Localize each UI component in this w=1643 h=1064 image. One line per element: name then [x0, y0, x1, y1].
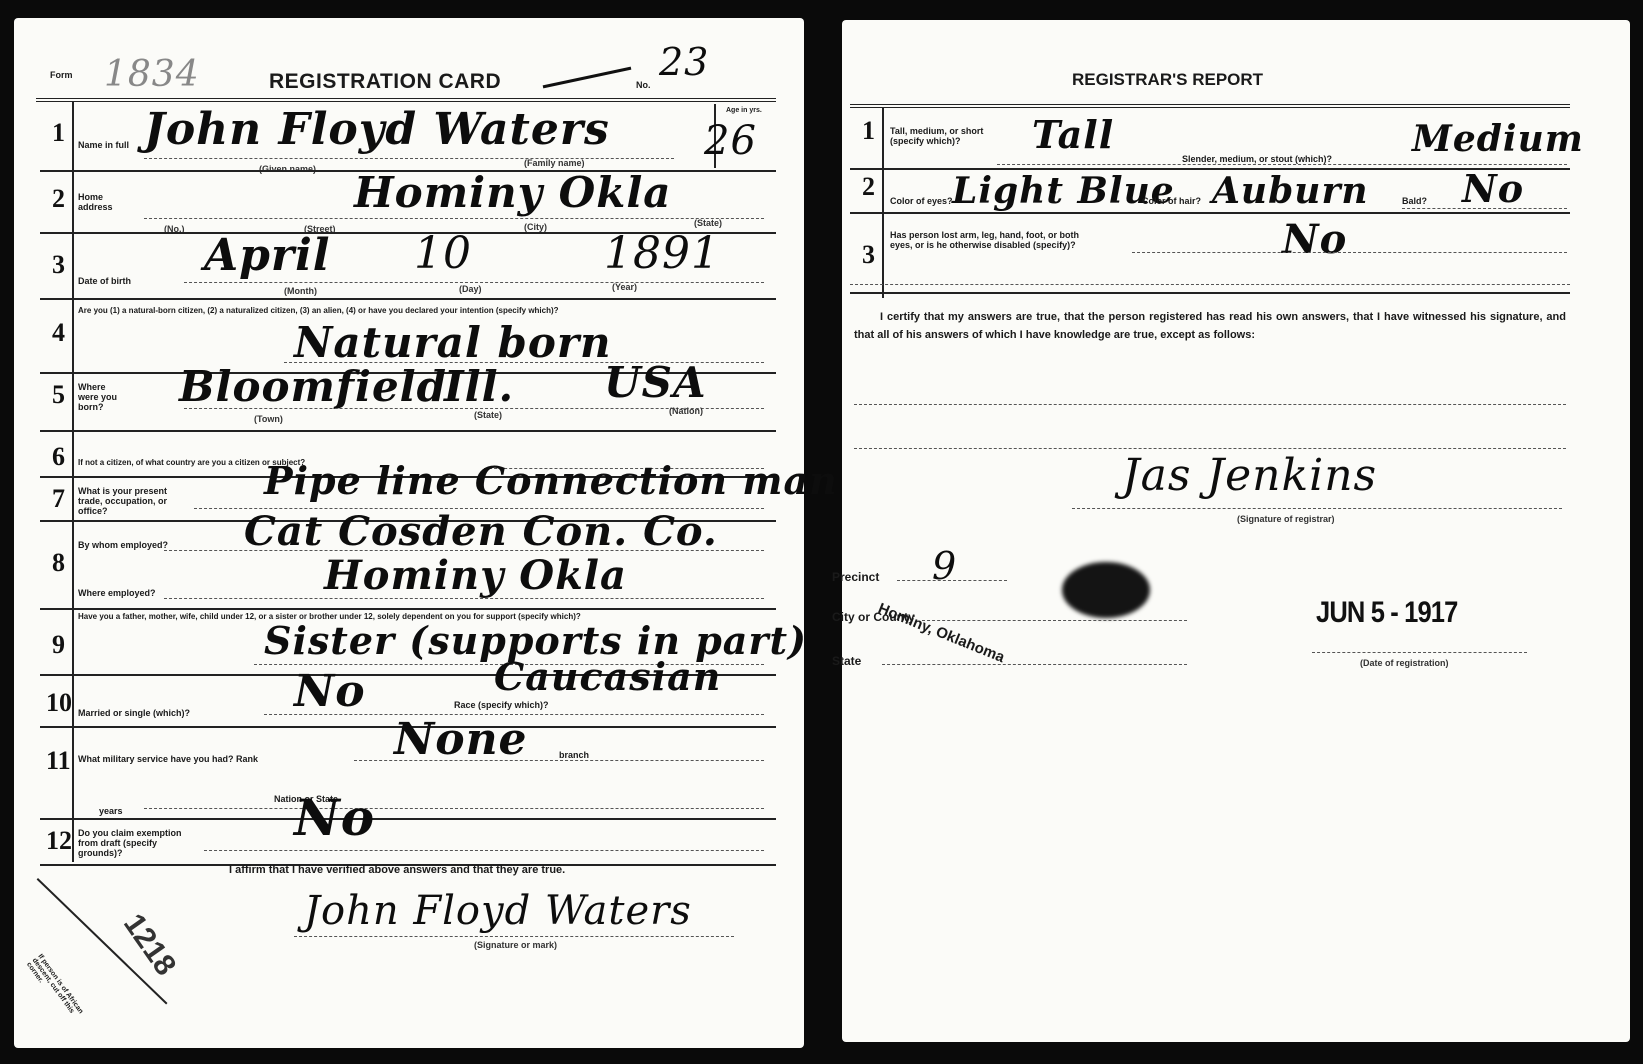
strike-mark [543, 67, 632, 89]
registrar-signature: Jas Jenkins [1122, 450, 1377, 501]
birthplace-state: Ill. [444, 362, 514, 411]
registrars-report-back: REGISTRAR'S REPORT 1 Tall, medium, or sh… [842, 20, 1630, 1042]
precinct-value: 9 [932, 544, 957, 588]
citizenship-value: Natural born [294, 318, 612, 367]
card-title: REGISTRATION CARD [269, 70, 501, 94]
serial-number: 23 [659, 40, 709, 84]
affirmation-text: I affirm that I have verified above answ… [229, 864, 565, 876]
marital-value: No [294, 666, 366, 717]
report-title: REGISTRAR'S REPORT [1072, 70, 1263, 90]
serial-label: No. [636, 80, 651, 90]
registration-date: JUN 5 - 1917 [1316, 596, 1457, 630]
height-value: Tall [1032, 112, 1114, 157]
exemption-value: No [294, 788, 375, 847]
registration-card-front: Form 1834 REGISTRATION CARD No. 23 1 Nam… [14, 18, 804, 1048]
stamp-number: 1218 [116, 908, 182, 982]
military-value: None [394, 714, 528, 765]
corner-note: If person is of African descent, cut off… [25, 953, 95, 1038]
race-value: Caucasian [494, 654, 721, 699]
bald-value: No [1462, 166, 1524, 211]
precinct-label: Precinct [832, 570, 879, 584]
registrant-signature: John Floyd Waters [304, 888, 692, 934]
birth-month: April [204, 230, 331, 281]
city-stamp: Hominy, Oklahoma [876, 600, 1007, 666]
birth-day: 10 [414, 228, 472, 279]
birthplace-town: Bloomfield [179, 362, 447, 411]
birthplace-nation: USA [604, 358, 707, 407]
hair-color-value: Auburn [1212, 170, 1369, 212]
disability-value: No [1282, 216, 1347, 263]
employer-value: Cat Cosden Con. Co. [244, 508, 718, 555]
occupation-value: Pipe line Connection man [264, 458, 838, 503]
ink-blot [1062, 562, 1150, 618]
form-label: Form [50, 70, 73, 80]
address-value: Hominy Okla [354, 168, 672, 217]
birth-year: 1891 [604, 228, 720, 279]
number-column-rule [72, 102, 74, 862]
build-value: Medium [1412, 118, 1584, 160]
employer-location: Hominy Okla [324, 552, 627, 599]
certification-text: I certify that my answers are true, that… [854, 308, 1566, 344]
name-value: John Floyd Waters [144, 104, 610, 155]
age-value: 26 [704, 118, 757, 164]
form-number: 1834 [104, 54, 200, 95]
state-label: State [832, 654, 861, 668]
